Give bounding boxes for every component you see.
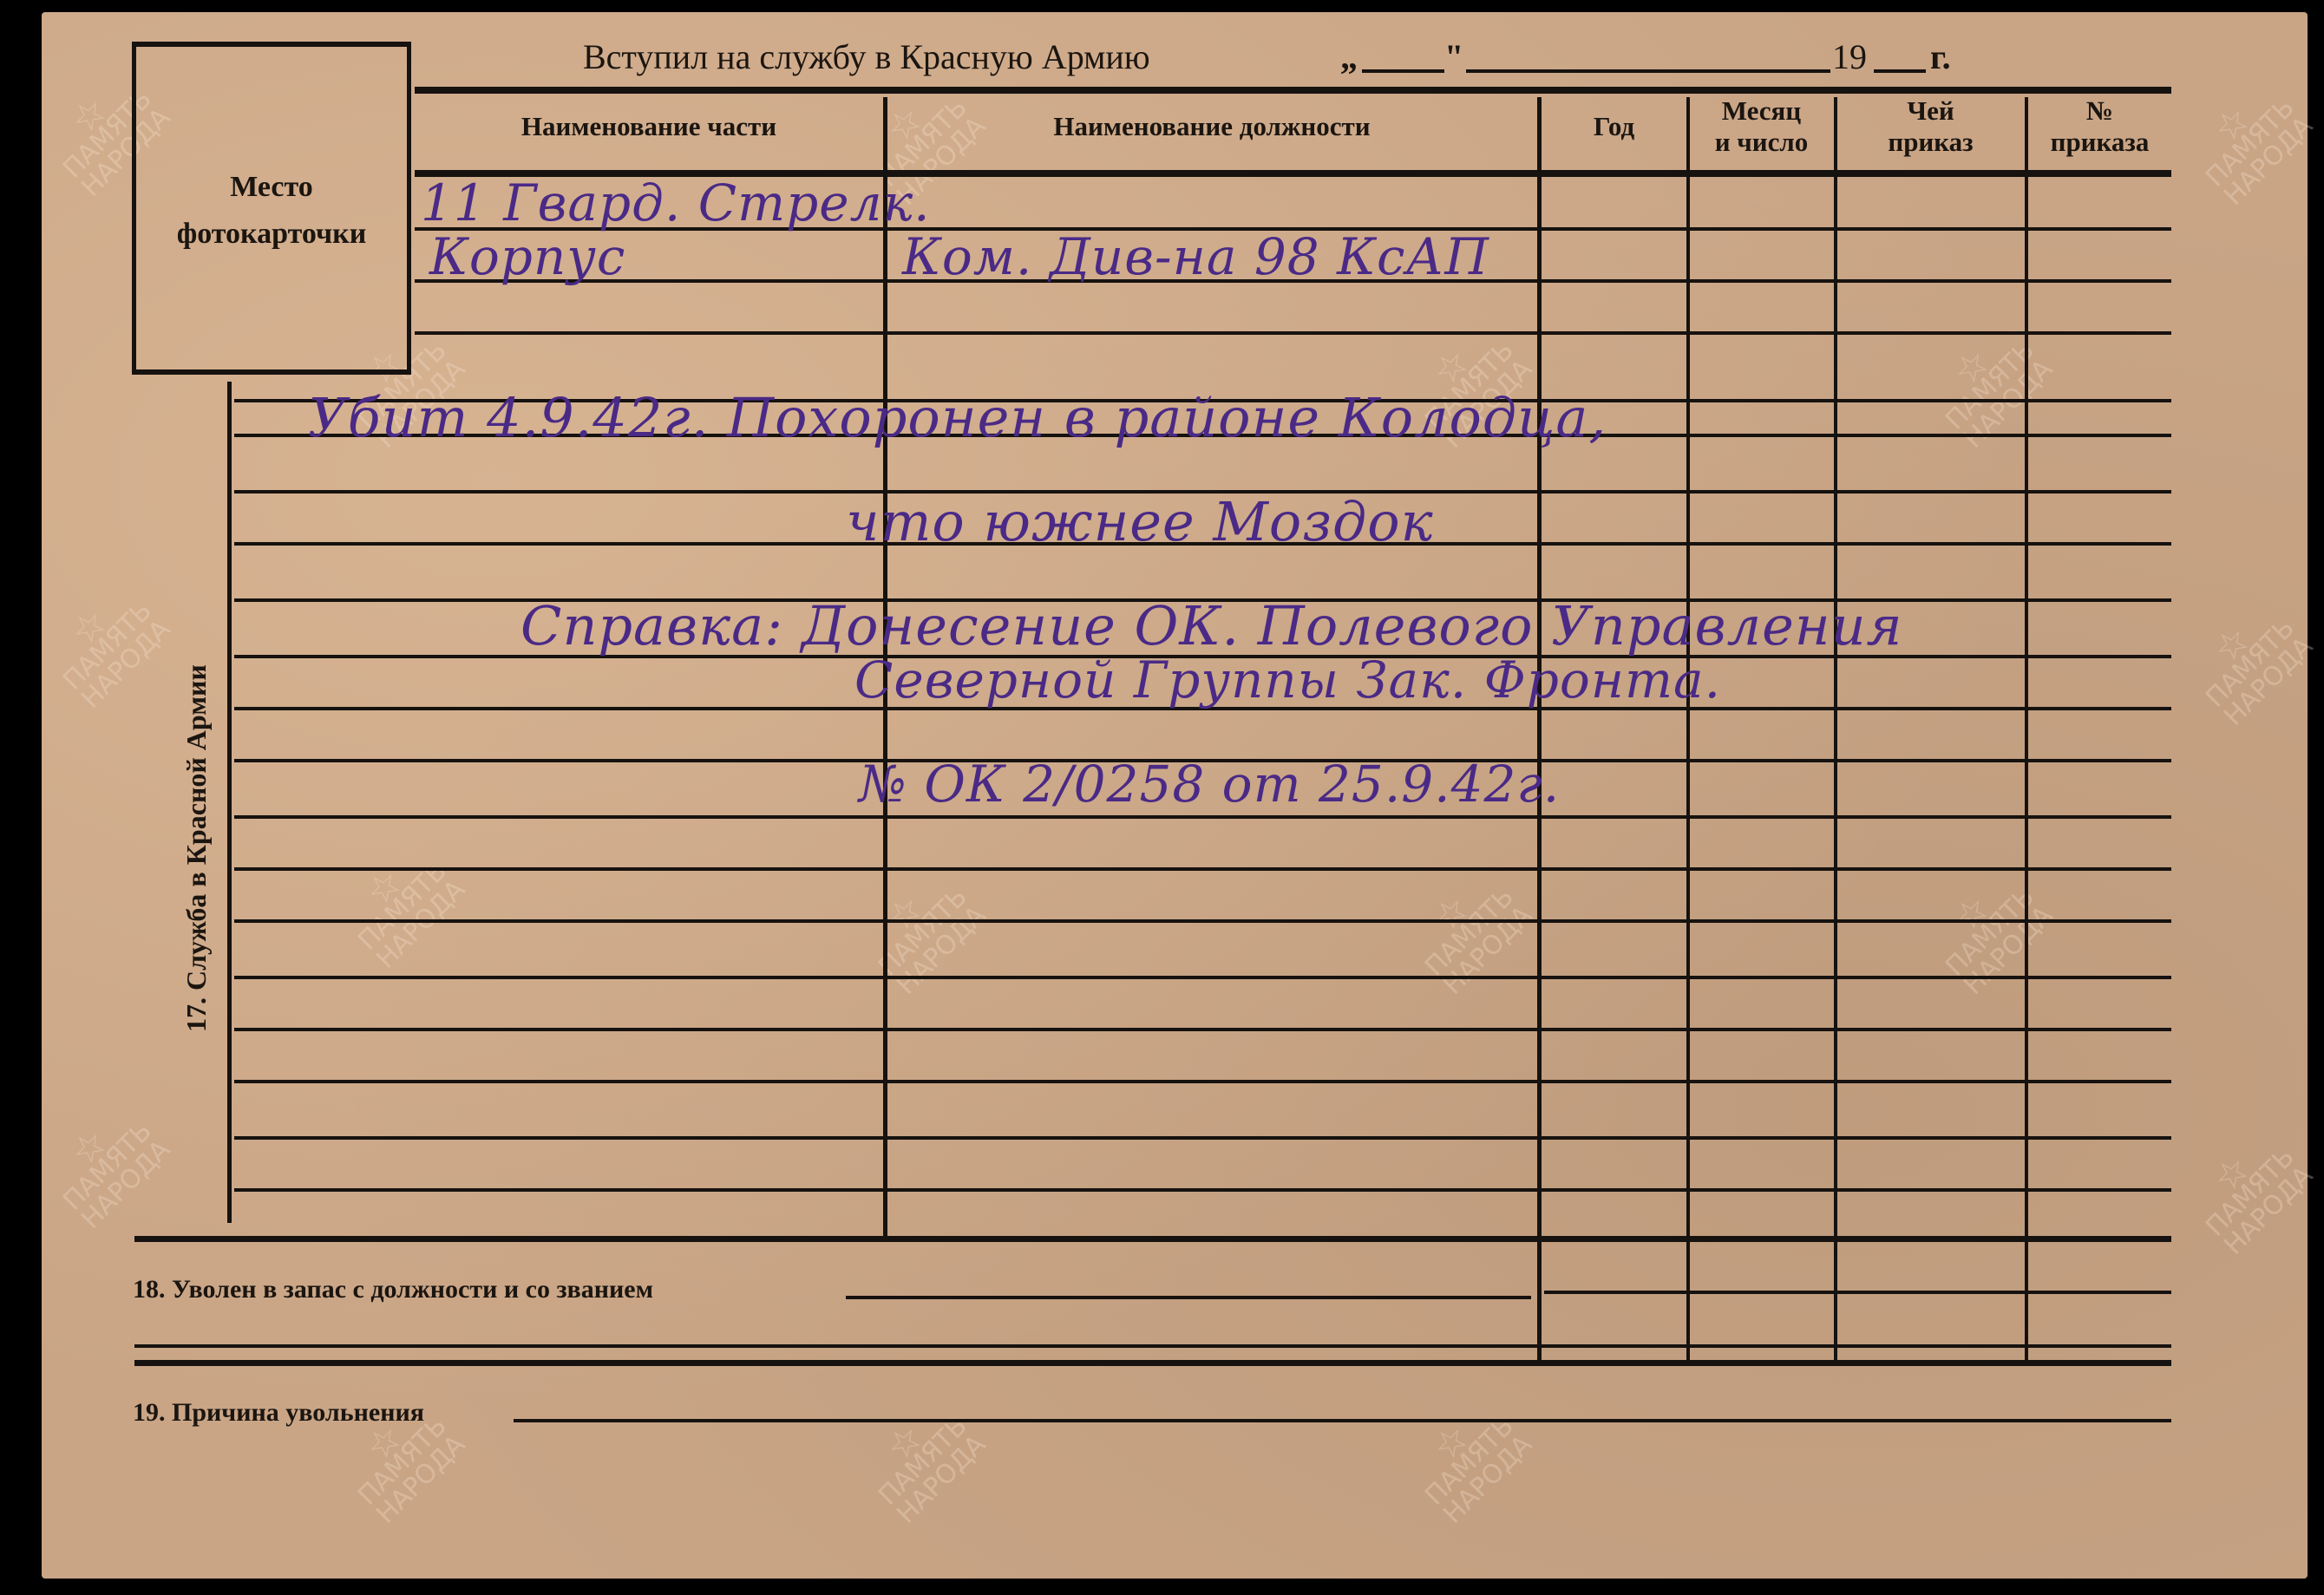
section18-label: 18. Уволен в запас с должности и со зван… — [133, 1275, 653, 1304]
rule-section18-bottom — [134, 1360, 2171, 1366]
table-row-line — [415, 331, 2171, 335]
table-row-line — [234, 1080, 2171, 1083]
photo-placeholder-box: Место фотокарточки — [132, 42, 411, 375]
section19-label: 19. Причина увольнения — [133, 1398, 424, 1428]
section19-blank — [514, 1419, 2171, 1422]
table-row-line — [234, 1028, 2171, 1031]
note-line-1: Убит 4.9.42г. Похоронен в районе Колодца… — [308, 386, 1607, 449]
column-divider — [1686, 97, 1690, 1363]
header-enlisted-label: Вступил на службу в Красную Армию — [583, 36, 1150, 77]
section17-label: 17. Служба в Красной Армии — [180, 664, 213, 1032]
column-header-order-number: №приказа — [2028, 95, 2171, 158]
note-line-5: № ОК 2/0258 от 25.9.42г. — [859, 755, 1560, 814]
column-divider — [2025, 97, 2028, 1363]
header-quote-open: „ — [1340, 36, 1358, 77]
header-year-blank — [1874, 69, 1926, 73]
column-divider — [1537, 97, 1542, 1363]
table-row-line — [234, 1136, 2171, 1140]
column-header-month-day: Месяци число — [1690, 95, 1833, 158]
entry-unit-line1: 11 Гвард. Стрелк. — [421, 173, 931, 232]
header-year-prefix: 19 — [1832, 36, 1867, 77]
entry-unit-line2: Корпус — [429, 227, 625, 286]
rule-top — [415, 87, 2171, 94]
table-row-line — [234, 919, 2171, 923]
column-header-unit: Наименование части — [415, 111, 883, 142]
column-divider — [1834, 97, 1837, 1363]
note-line-3: Справка: Донесение ОК. Полевого Управлен… — [520, 594, 1903, 657]
column-header-order-by: Чейприказ — [1837, 95, 2024, 158]
table-row-line — [234, 815, 2171, 819]
note-line-4: Северной Группы Зак. Фронта. — [854, 650, 1721, 709]
section18-blank — [846, 1296, 1531, 1299]
column-header-year: Год — [1542, 111, 1686, 142]
note-line-2: что южнее Моздок — [846, 490, 1434, 553]
header-quote-close: " — [1444, 36, 1463, 77]
rule-section17-bottom — [134, 1236, 2171, 1242]
table-row-line — [234, 976, 2171, 979]
column-header-position: Наименование должности — [887, 111, 1537, 142]
table-row-line — [234, 867, 2171, 871]
header-month-blank — [1466, 69, 1830, 73]
section17-left-border — [227, 382, 232, 1223]
table-row-line — [234, 1188, 2171, 1192]
photo-placeholder-label: Место фотокарточки — [136, 164, 407, 258]
header-year-suffix: г. — [1930, 36, 1951, 77]
entry-position: Ком. Див-на 98 КсАП — [902, 227, 1489, 286]
section18-line2 — [134, 1344, 2171, 1348]
section18-row-line — [1544, 1291, 2171, 1294]
header-day-blank — [1362, 69, 1444, 73]
